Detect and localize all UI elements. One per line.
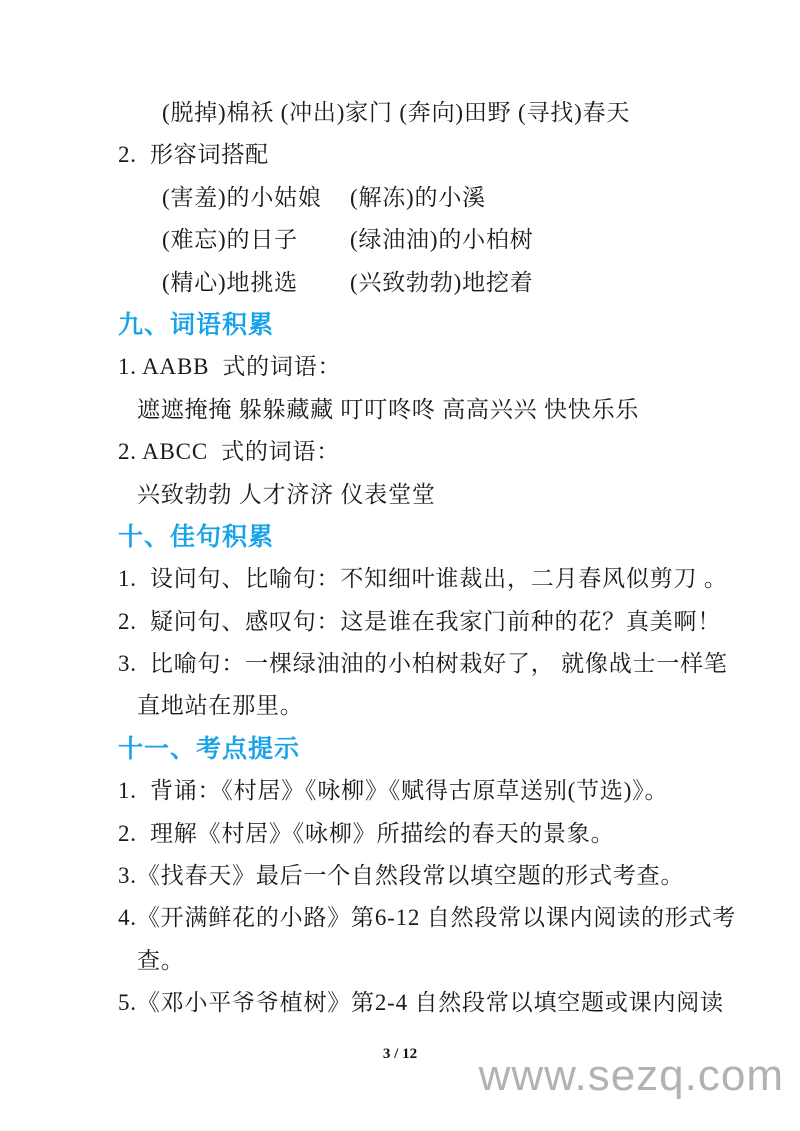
keypoint-item-2: 2. 理解《村居》《咏柳》所描绘的春天的景象。 xyxy=(118,813,738,855)
adjective-pair-row: (难忘)的日子 (绿油油)的小柏树 xyxy=(118,219,738,261)
list-item-adjective-pairing: 2. 形容词搭配 xyxy=(118,134,738,176)
sentence-item-2: 2. 疑问句、感叹句：这是谁在我家门前种的花？真美啊！ xyxy=(118,601,738,643)
page-content: (脱掉)棉袄 (冲出)家门 (奔向)田野 (寻找)春天 2. 形容词搭配 (害羞… xyxy=(118,92,738,1025)
pair-right: (解冻)的小溪 xyxy=(350,177,486,219)
pair-left: (精心)地挑选 xyxy=(162,262,350,304)
pair-left: (难忘)的日子 xyxy=(162,219,350,261)
keypoint-item-4-continuation: 查。 xyxy=(118,940,738,982)
verb-phrase-line: (脱掉)棉袄 (冲出)家门 (奔向)田野 (寻找)春天 xyxy=(118,92,738,134)
section-heading-sentence-accumulation: 十、佳句积累 xyxy=(118,516,738,558)
keypoint-item-5: 5.《邓小平爷爷植树》第2-4 自然段常以填空题或课内阅读 xyxy=(118,982,738,1024)
list-item-abcc: 2. ABCC 式的词语： xyxy=(118,431,738,473)
abcc-word-list: 兴致勃勃 人才济济 仪表堂堂 xyxy=(118,474,738,516)
pair-right: (绿油油)的小柏树 xyxy=(350,219,534,261)
keypoint-item-1: 1. 背诵：《村居》《咏柳》《赋得古原草送别(节选)》。 xyxy=(118,770,738,812)
pair-right: (兴致勃勃)地挖着 xyxy=(350,262,534,304)
sentence-item-3: 3. 比喻句：一棵绿油油的小柏树栽好了， 就像战士一样笔 xyxy=(118,643,738,685)
section-heading-exam-points: 十一、考点提示 xyxy=(118,728,738,770)
section-heading-word-accumulation: 九、词语积累 xyxy=(118,304,738,346)
list-item-aabb: 1. AABB 式的词语： xyxy=(118,346,738,388)
sentence-item-1: 1. 设问句、比喻句：不知细叶谁裁出，二月春风似剪刀 。 xyxy=(118,558,738,600)
pair-left: (害羞)的小姑娘 xyxy=(162,177,350,219)
document-page: (脱掉)棉袄 (冲出)家门 (奔向)田野 (寻找)春天 2. 形容词搭配 (害羞… xyxy=(0,0,800,1131)
aabb-word-list: 遮遮掩掩 躲躲藏藏 叮叮咚咚 高高兴兴 快快乐乐 xyxy=(118,389,738,431)
keypoint-item-3: 3.《找春天》最后一个自然段常以填空题的形式考查。 xyxy=(118,855,738,897)
watermark: www.sezq.com xyxy=(479,1051,784,1101)
adjective-pair-row: (精心)地挑选 (兴致勃勃)地挖着 xyxy=(118,262,738,304)
sentence-item-3-continuation: 直地站在那里。 xyxy=(118,685,738,727)
adjective-pair-row: (害羞)的小姑娘 (解冻)的小溪 xyxy=(118,177,738,219)
keypoint-item-4: 4.《开满鲜花的小路》第6-12 自然段常以课内阅读的形式考 xyxy=(118,897,738,939)
